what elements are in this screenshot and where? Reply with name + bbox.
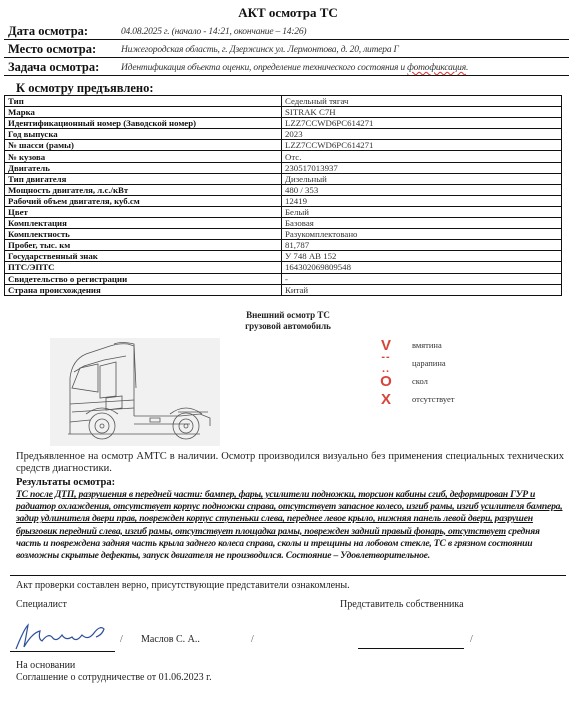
damage-legend: Vвмятина-- ..царапинаOсколXотсутствует <box>376 336 496 408</box>
external-inspection-heading: Внешний осмотр ТС грузовой автомобиль <box>0 310 576 332</box>
table-row: КомплектностьРазукомплектовано <box>5 229 562 240</box>
field-value: 164302069809548 <box>282 262 562 273</box>
confirmation-text: Акт проверки составлен верно, присутству… <box>16 580 350 591</box>
field-name: Тип <box>5 96 282 107</box>
table-row: ЦветБелый <box>5 206 562 217</box>
table-row: Страна происхожденияКитай <box>5 284 562 295</box>
results-text-underlined: ТС после ДТП, разрушения в передней част… <box>16 489 562 537</box>
inspection-date-row: Дата осмотра: 04.08.2025 г. (начало - 14… <box>4 23 569 40</box>
vehicle-info-table: ТипСедельный тягачМаркаSITRAK C7HИдентиф… <box>4 95 562 296</box>
field-name: № шасси (рамы) <box>5 140 282 151</box>
table-row: № шасси (рамы)LZZ7CCWD6PC614271 <box>5 140 562 151</box>
specialist-signature <box>10 621 120 651</box>
legend-label: вмятина <box>412 340 442 350</box>
field-value: - <box>282 273 562 284</box>
field-value: 230517013937 <box>282 162 562 173</box>
signature-separator: / <box>470 634 473 645</box>
table-row: ПТС/ЭПТС164302069809548 <box>5 262 562 273</box>
table-row: Государственный знакУ 748 АВ 152 <box>5 251 562 262</box>
presented-heading: К осмотру предъявлено: <box>16 81 154 96</box>
field-name: Государственный знак <box>5 251 282 262</box>
field-name: Идентификационный номер (Заводской номер… <box>5 118 282 129</box>
field-name: Комплектация <box>5 218 282 229</box>
inspection-place-label: Место осмотра: <box>4 42 121 57</box>
inspection-date-value: 04.08.2025 г. (начало - 14:21, окончание… <box>121 25 306 39</box>
inspection-task-text: Идентификация объекта оценки, определени… <box>121 63 407 73</box>
results-text: ТС после ДТП, разрушения в передней част… <box>16 489 564 562</box>
chip-icon: O <box>376 373 396 390</box>
basis-value: Соглашение о сотрудничестве от 01.06.202… <box>16 672 212 683</box>
table-row: Мощность двигателя, л.с./кВт480 / 353 <box>5 184 562 195</box>
field-value: Разукомплектовано <box>282 229 562 240</box>
inspection-task-value: Идентификация объекта оценки, определени… <box>121 61 468 75</box>
inspection-task-tail: . <box>466 63 468 73</box>
table-row: Тип двигателяДизельный <box>5 173 562 184</box>
owner-representative-label: Представитель собственника <box>340 599 464 610</box>
field-value: SITRAK C7H <box>282 107 562 118</box>
field-value: 480 / 353 <box>282 184 562 195</box>
spellcheck-flagged-word: фотофиксация <box>407 63 466 73</box>
table-row: Пробег, тыс. км81,787 <box>5 240 562 251</box>
legend-label: царапина <box>412 358 446 368</box>
field-name: Рабочий объем двигателя, куб.см <box>5 195 282 206</box>
legend-item: -- ..царапина <box>376 354 496 372</box>
field-value: LZZ7CCWD6PC614271 <box>282 140 562 151</box>
inspection-date-label: Дата осмотра: <box>4 24 121 39</box>
inspection-place-row: Место осмотра: Нижегородская область, г.… <box>4 41 569 58</box>
field-name: Свидетельство о регистрации <box>5 273 282 284</box>
field-value: 2023 <box>282 129 562 140</box>
field-name: Мощность двигателя, л.с./кВт <box>5 184 282 195</box>
basis-label: На основании <box>16 660 75 671</box>
intro-paragraph: Предъявленное на осмотр АМТС в наличии. … <box>16 451 564 475</box>
field-name: Страна происхождения <box>5 284 282 295</box>
legend-item: Oскол <box>376 372 496 390</box>
field-value: LZZ7CCWD6PC614271 <box>282 118 562 129</box>
document-title: АКТ осмотра ТС <box>0 5 576 21</box>
table-row: Свидетельство о регистрации- <box>5 273 562 284</box>
field-name: № кузова <box>5 151 282 162</box>
table-row: Идентификационный номер (Заводской номер… <box>5 118 562 129</box>
field-value: Седельный тягач <box>282 96 562 107</box>
specialist-label: Специалист <box>16 599 67 610</box>
legend-label: скол <box>412 376 428 386</box>
field-value: Дизельный <box>282 173 562 184</box>
field-value: Китай <box>282 284 562 295</box>
truck-diagram <box>50 338 220 446</box>
legend-item: Xотсутствует <box>376 390 496 408</box>
table-row: Год выпуска2023 <box>5 129 562 140</box>
signature-separator: / <box>120 634 123 645</box>
field-name: Марка <box>5 107 282 118</box>
field-value: 12419 <box>282 195 562 206</box>
inspection-task-row: Задача осмотра: Идентификация объекта оц… <box>4 59 569 76</box>
field-value: Базовая <box>282 218 562 229</box>
table-row: ТипСедельный тягач <box>5 96 562 107</box>
inspection-place-value: Нижегородская область, г. Дзержинск ул. … <box>121 43 399 57</box>
field-value: Отс. <box>282 151 562 162</box>
field-name: Год выпуска <box>5 129 282 140</box>
field-value: Белый <box>282 206 562 217</box>
scratch-icon: -- .. <box>376 351 396 375</box>
field-value: У 748 АВ 152 <box>282 251 562 262</box>
results-divider <box>10 575 566 576</box>
results-heading: Результаты осмотра: <box>16 477 115 488</box>
field-name: Тип двигателя <box>5 173 282 184</box>
intro-text: Предъявленное на осмотр АМТС в наличии. … <box>16 451 564 474</box>
external-inspection-subtitle: грузовой автомобиль <box>0 321 576 332</box>
field-name: Двигатель <box>5 162 282 173</box>
table-row: Двигатель230517013937 <box>5 162 562 173</box>
table-row: МаркаSITRAK C7H <box>5 107 562 118</box>
external-inspection-title: Внешний осмотр ТС <box>0 310 576 321</box>
missing-icon: X <box>376 391 396 408</box>
truck-outline-icon <box>50 338 220 446</box>
signature-separator: / <box>251 634 254 645</box>
specialist-name: Маслов С. А.. <box>141 634 200 645</box>
field-name: Комплектность <box>5 229 282 240</box>
specialist-signature-line <box>10 651 115 652</box>
field-name: Цвет <box>5 206 282 217</box>
table-row: Рабочий объем двигателя, куб.см12419 <box>5 195 562 206</box>
inspection-task-label: Задача осмотра: <box>4 60 121 75</box>
field-value: 81,787 <box>282 240 562 251</box>
table-row: № кузоваОтс. <box>5 151 562 162</box>
legend-label: отсутствует <box>412 394 455 404</box>
field-name: Пробег, тыс. км <box>5 240 282 251</box>
owner-signature-line <box>358 648 464 649</box>
field-name: ПТС/ЭПТС <box>5 262 282 273</box>
table-row: КомплектацияБазовая <box>5 218 562 229</box>
